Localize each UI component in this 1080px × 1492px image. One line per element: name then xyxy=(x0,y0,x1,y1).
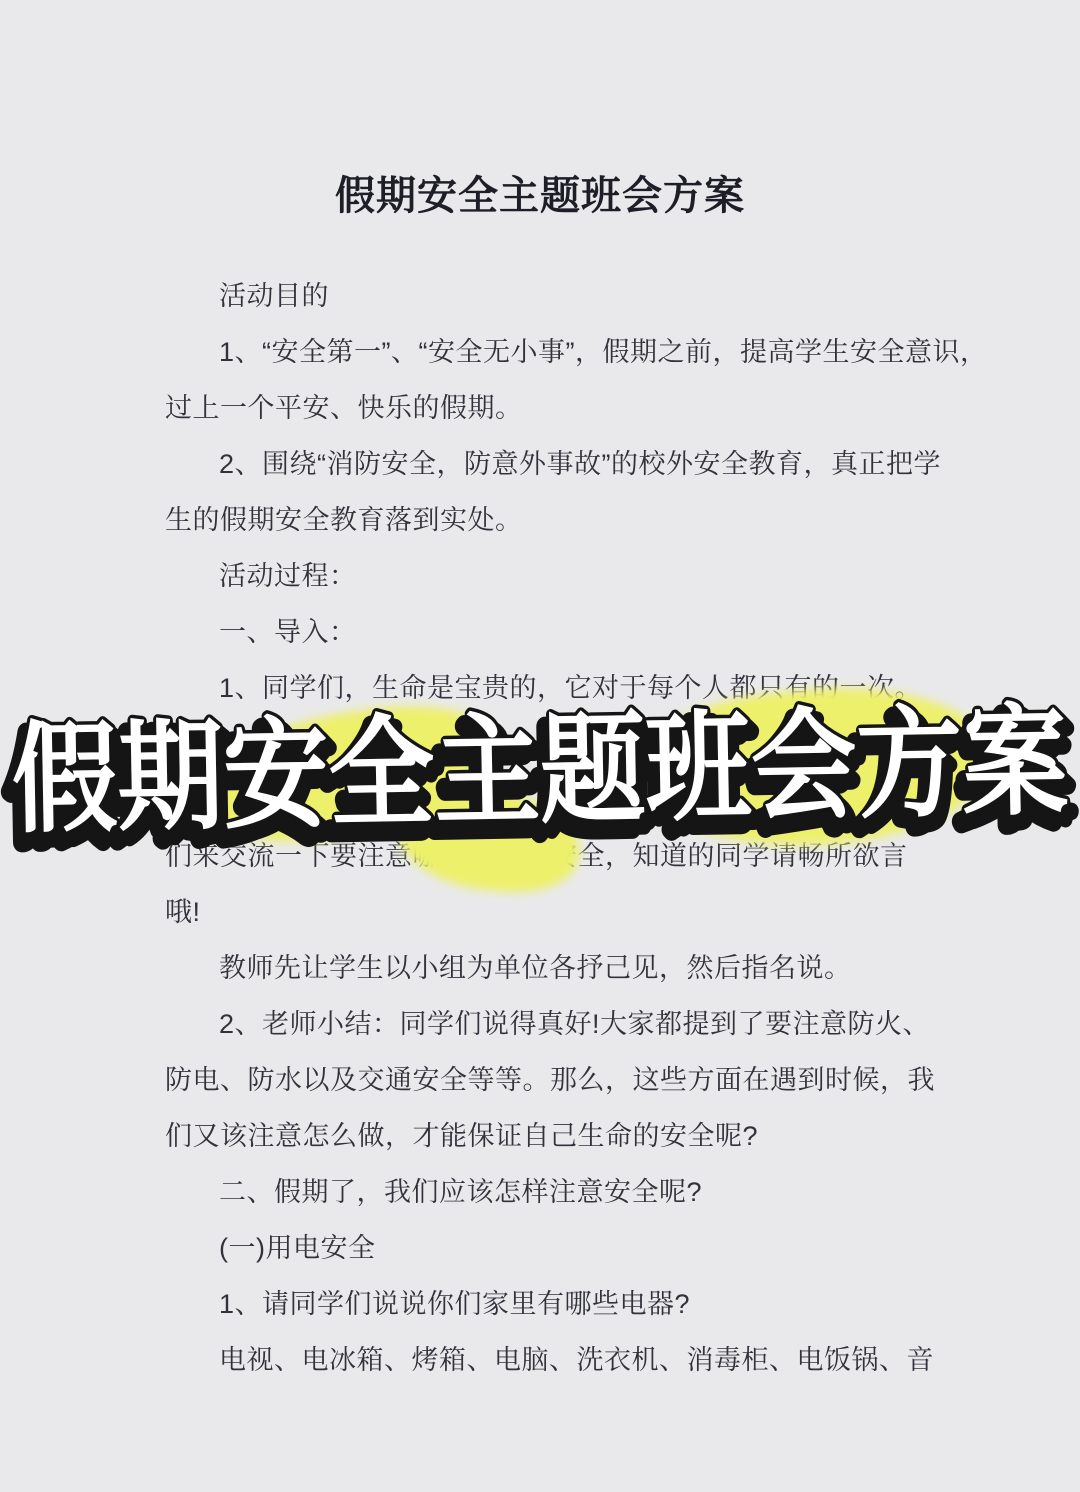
sticker-title-overlay: 假期安全主题班会方案 假期安全主题班会方案 假期安全主题班会方案 xyxy=(0,690,1080,870)
doc-line: 2、围绕“消防安全，防意外事故”的校外安全教育，真正把学 xyxy=(165,436,925,492)
doc-line: 生的假期安全教育落到实处。 xyxy=(165,492,925,548)
doc-line: (一)用电安全 xyxy=(165,1220,925,1276)
doc-line: 二、假期了，我们应该怎样注意安全呢? xyxy=(165,1164,925,1220)
overlay-title: 假期安全主题班会方案 xyxy=(11,695,1069,847)
sticker-title-art: 假期安全主题班会方案 假期安全主题班会方案 假期安全主题班会方案 xyxy=(0,690,1080,870)
doc-line: 防电、防水以及交通安全等等。那么，这些方面在遇到时候，我 xyxy=(165,1052,925,1108)
doc-line: 们又该注意怎么做，才能保证自己生命的安全呢? xyxy=(165,1108,925,1164)
doc-line: 活动过程： xyxy=(165,548,925,604)
doc-line: 一、导入： xyxy=(165,604,925,660)
doc-line: 哦! xyxy=(165,884,925,940)
page: { "page": { "background_color": "#e9e9eb… xyxy=(0,0,1080,1492)
doc-line: 活动目的 xyxy=(165,268,925,324)
document-title: 假期安全主题班会方案 xyxy=(0,168,1080,224)
doc-line: 教师先让学生以小组为单位各抒己见，然后指名说。 xyxy=(165,940,925,996)
doc-line: 1、“安全第一”、“安全无小事”，假期之前，提高学生安全意识， xyxy=(165,324,925,380)
doc-line: 电视、电冰箱、烤箱、电脑、洗衣机、消毒柜、电饭锅、音 xyxy=(165,1332,925,1388)
doc-line: 2、老师小结：同学们说得真好!大家都提到了要注意防火、 xyxy=(165,996,925,1052)
doc-line: 1、请同学们说说你们家里有哪些电器? xyxy=(165,1276,925,1332)
doc-line: 过上一个平安、快乐的假期。 xyxy=(165,380,925,436)
